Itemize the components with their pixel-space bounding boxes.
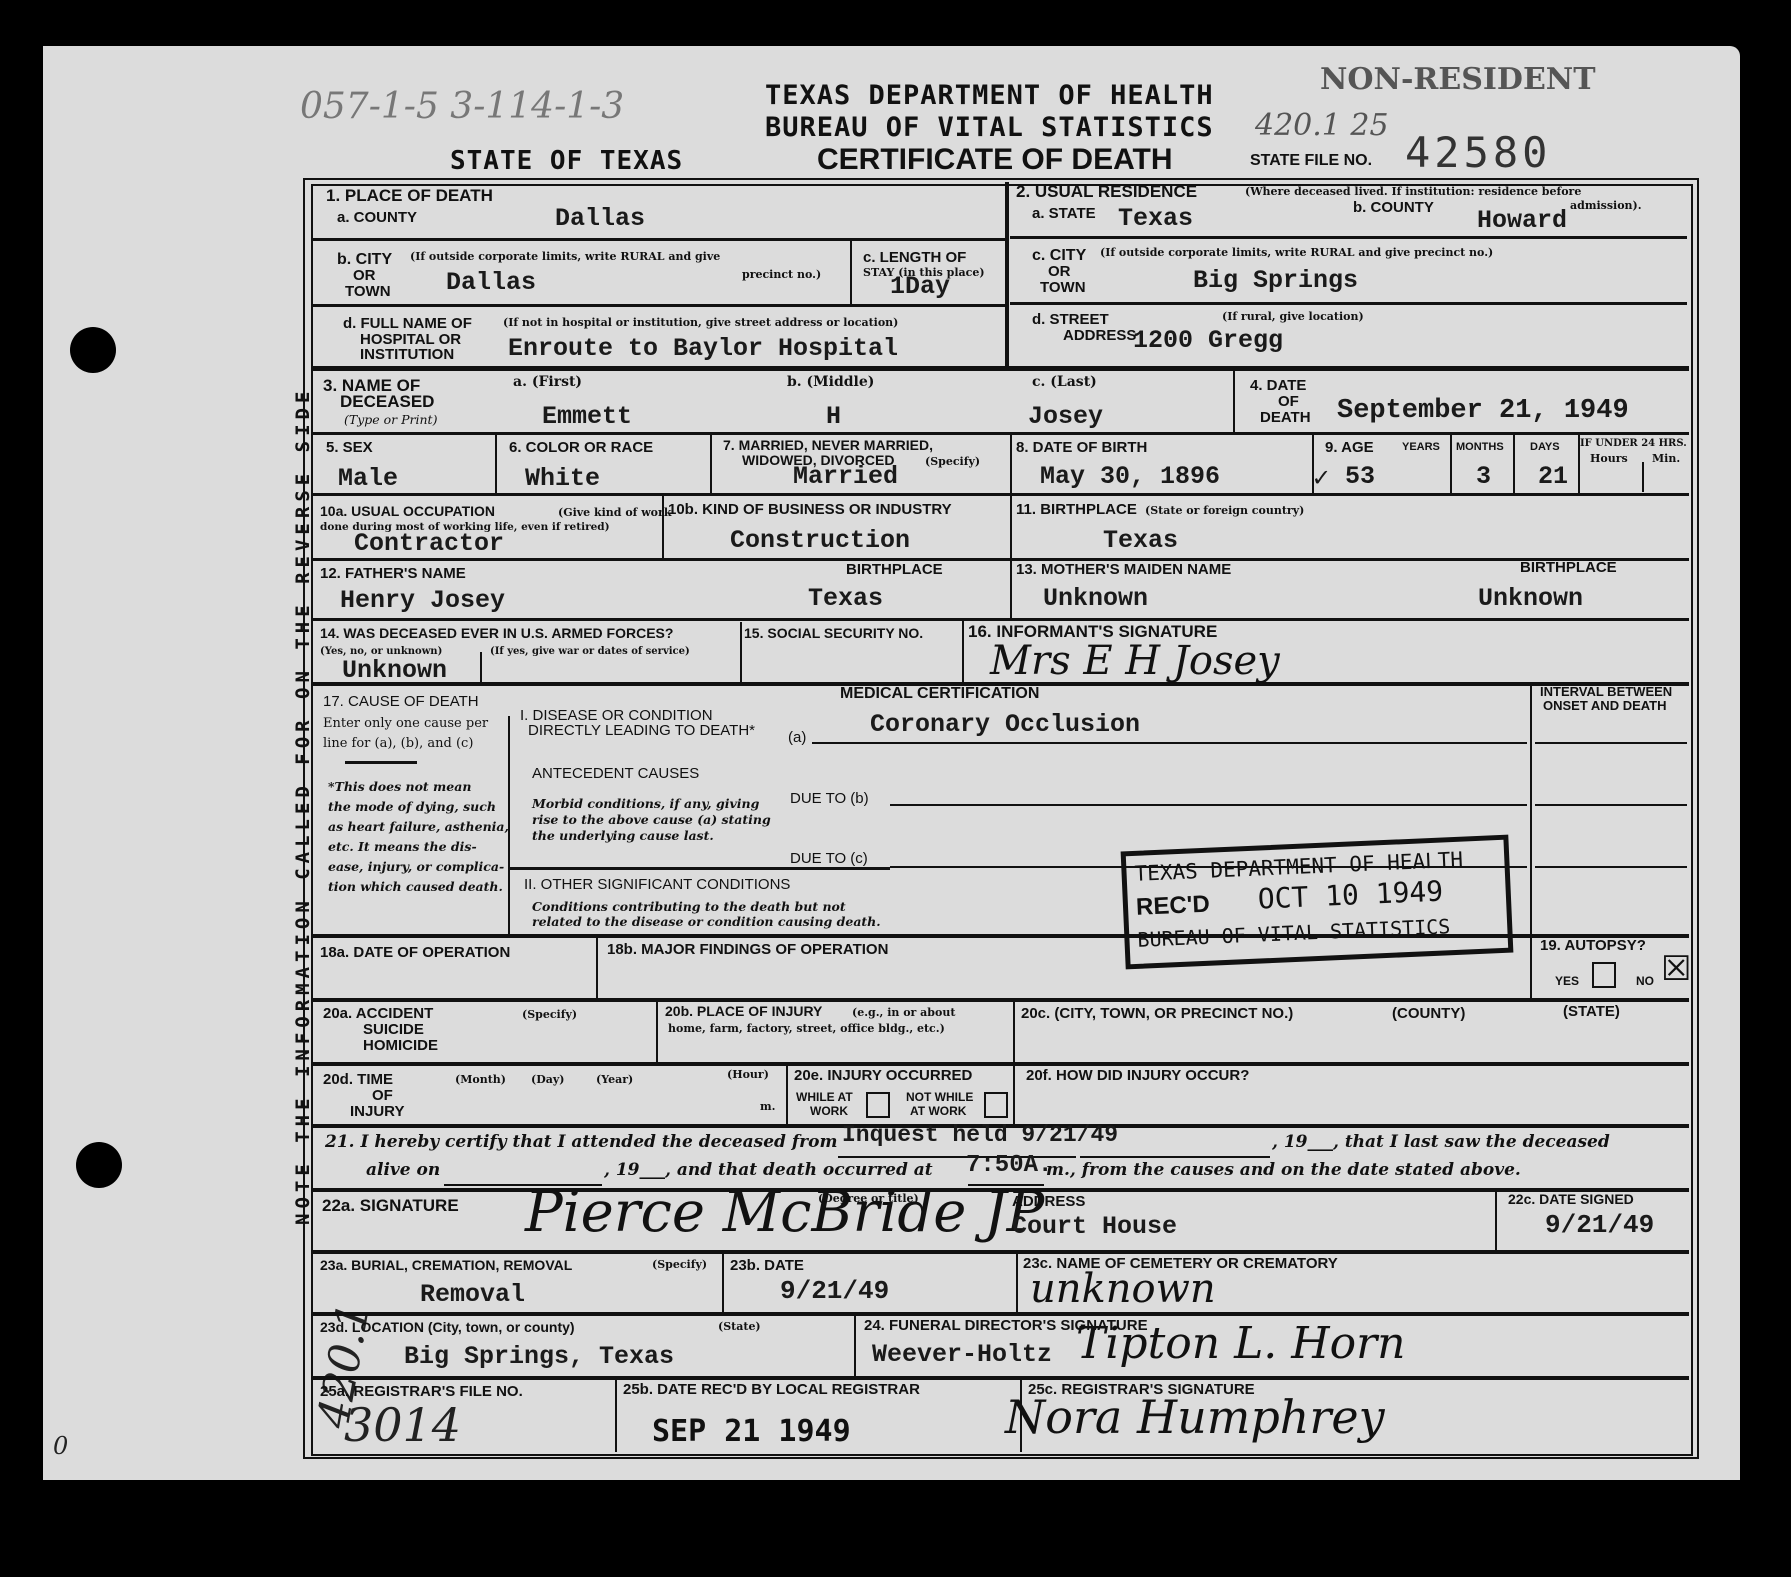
- mother-name-field: Unknown: [1043, 584, 1148, 613]
- state-file-number: 42580: [1405, 128, 1551, 177]
- operation-date-label: 18a. DATE OF OPERATION: [320, 945, 510, 960]
- interval-line-b: [1535, 804, 1687, 806]
- hospital-field: Enroute to Baylor Hospital: [508, 334, 898, 363]
- mother-birthplace-field: Unknown: [1478, 584, 1583, 613]
- death-city-field: Dallas: [446, 268, 536, 297]
- other-conditions-label: II. OTHER SIGNIFICANT CONDITIONS: [524, 877, 790, 892]
- residence-county-field: Howard: [1477, 206, 1567, 235]
- age-days-field: 21: [1538, 462, 1568, 491]
- burial-specify-label: (Specify): [652, 1258, 707, 1271]
- injury-occurred-label: 20e. INJURY OCCURRED: [794, 1068, 972, 1083]
- certify-text-1: 21. I hereby certify that I attended the…: [325, 1134, 837, 1150]
- business-field: Construction: [730, 526, 910, 555]
- residence-town-label: TOWN: [1040, 280, 1086, 295]
- residence-city-field: Big Springs: [1193, 266, 1358, 295]
- interval-line-c: [1535, 866, 1687, 868]
- alive-on-label: alive on: [366, 1162, 440, 1178]
- death-time-field: 7:50A.: [966, 1152, 1052, 1179]
- other-conditions-note: Conditions contributing to the death but…: [532, 899, 881, 929]
- father-name-field: Henry Josey: [340, 586, 505, 615]
- state-file-label: STATE FILE NO.: [1250, 152, 1372, 170]
- age-label: 9. AGE: [1325, 440, 1374, 455]
- residence-heading: 2. USUAL RESIDENCE: [1016, 182, 1197, 202]
- section-divider: [510, 867, 890, 870]
- funeral-director-field: Weever-Holtz: [872, 1340, 1052, 1369]
- burial-date-label: 23b. DATE: [730, 1258, 804, 1273]
- hospital-label-2: HOSPITAL OR: [360, 332, 461, 347]
- homicide-label: HOMICIDE: [363, 1038, 438, 1053]
- injury-county-label: (COUNTY): [1392, 1006, 1465, 1021]
- cause-a-field: Coronary Occlusion: [870, 710, 1140, 739]
- stamp-received-date: OCT 10 1949: [1257, 875, 1444, 916]
- autopsy-yes-label: YES: [1555, 974, 1579, 989]
- interval-line-a: [1535, 742, 1687, 744]
- marital-status-field: Married: [793, 462, 898, 491]
- informant-label: 16. INFORMANT'S SIGNATURE: [968, 624, 1217, 639]
- city-note: (If outside corporate limits, write RURA…: [410, 250, 720, 263]
- name-label: 3. NAME OF: [323, 378, 420, 393]
- injury-day-label: (Day): [531, 1073, 564, 1086]
- state-title: STATE OF TEXAS: [450, 146, 683, 176]
- hospital-note: (If not in hospital or institution, give…: [503, 316, 898, 329]
- injury-place-label: 20b. PLACE OF INJURY: [665, 1004, 822, 1019]
- age-months-field: 3: [1476, 462, 1491, 491]
- due-to-c-label: DUE TO (c): [790, 851, 868, 866]
- city-note-2: precinct no.): [742, 268, 821, 281]
- birthplace-label: 11. BIRTHPLACE: [1016, 502, 1137, 517]
- years-label: YEARS: [1402, 440, 1440, 455]
- occupation-note: (Give kind of work: [558, 506, 671, 519]
- interval-label: INTERVAL BETWEEN: [1540, 684, 1672, 699]
- county-label: a. COUNTY: [337, 210, 417, 225]
- burial-location-field: Big Springs, Texas: [404, 1342, 674, 1371]
- date-of-birth-field: May 30, 1896: [1040, 462, 1220, 491]
- date-of-death-field: September 21, 1949: [1337, 396, 1629, 426]
- disease-label-2: DIRECTLY LEADING TO DEATH*: [528, 723, 755, 738]
- autopsy-label: 19. AUTOPSY?: [1540, 938, 1646, 953]
- local-registrar-date-field: SEP 21 1949: [652, 1414, 851, 1449]
- service-dates-note: (If yes, give war or dates of service): [490, 645, 690, 658]
- registrar-file-field: 3014: [344, 1398, 461, 1452]
- length-of-stay-field: 1Day: [890, 272, 950, 301]
- birthplace-field: Texas: [1103, 526, 1178, 555]
- accident-label: 20a. ACCIDENT: [323, 1006, 433, 1021]
- signature-label: 22a. SIGNATURE: [322, 1198, 459, 1213]
- mother-birthplace-label: BIRTHPLACE: [1520, 560, 1617, 575]
- middle-name-field: H: [826, 402, 841, 431]
- burial-type-label: 23a. BURIAL, CREMATION, REMOVAL: [320, 1258, 572, 1273]
- race-field: White: [525, 464, 600, 493]
- street-label: d. STREET: [1032, 312, 1109, 327]
- cemetery-field: unknown: [1030, 1266, 1216, 1312]
- cause-instruction: Enter only one cause per: [323, 716, 488, 731]
- minutes-label: Min.: [1652, 452, 1680, 465]
- not-while-at-work-label: NOT WHILEAT WORK: [906, 1090, 973, 1118]
- medical-certification-heading: MEDICAL CERTIFICATION: [840, 686, 1039, 701]
- residence-note-2: admission).: [1570, 199, 1642, 212]
- dod-death-label: DEATH: [1260, 410, 1311, 425]
- dod-of-label: OF: [1278, 394, 1299, 409]
- while-at-work-label: WHILE ATWORK: [796, 1090, 853, 1118]
- margin-mark: 0: [53, 1432, 68, 1460]
- residence-county-label: b. COUNTY: [1353, 200, 1434, 215]
- injury-city-label: 20c. (CITY, TOWN, OR PRECINCT NO.): [1021, 1006, 1293, 1021]
- marital-label: 7. MARRIED, NEVER MARRIED,: [723, 438, 933, 453]
- residence-city-note: (If outside corporate limits, write RURA…: [1100, 246, 1493, 259]
- death-county-field: Dallas: [555, 204, 645, 233]
- hospital-label: d. FULL NAME OF: [343, 316, 472, 331]
- street-address-field: 1200 Gregg: [1133, 326, 1283, 355]
- sex-field: Male: [338, 464, 398, 493]
- cause-divider: [345, 761, 417, 764]
- hours-label: Hours: [1590, 452, 1628, 465]
- burial-location-label: 23d. LOCATION (City, town, or county): [320, 1320, 575, 1335]
- business-label: 10b. KIND OF BUSINESS OR INDUSTRY: [668, 502, 952, 517]
- certify-text-2: , 19___, that I last saw the deceased: [1272, 1134, 1610, 1150]
- city-town-label: TOWN: [345, 284, 391, 299]
- punch-hole-top: [70, 327, 116, 373]
- suicide-label: SUICIDE: [363, 1022, 424, 1037]
- physician-signature: Pierce McBride JP: [525, 1180, 1044, 1245]
- degree-label: (Degree or title): [818, 1192, 919, 1205]
- sex-label: 5. SEX: [326, 440, 373, 455]
- deceased-label: DECEASED: [340, 394, 434, 409]
- local-registrar-date-label: 25b. DATE REC'D BY LOCAL REGISTRAR: [623, 1382, 920, 1397]
- physician-address-field: Court House: [1012, 1212, 1177, 1241]
- stamp-received-label: REC'D: [1135, 891, 1210, 922]
- first-name-field: Emmett: [542, 402, 632, 431]
- cause-of-death-label: 17. CAUSE OF DEATH: [323, 694, 479, 709]
- place-of-death-heading: 1. PLACE OF DEATH: [326, 186, 493, 206]
- certify-text-4: m., from the causes and on the date stat…: [1046, 1162, 1521, 1178]
- certify-text-3: , 19___, and that death occurred at: [604, 1162, 933, 1178]
- residence-city-label: c. CITY: [1032, 248, 1086, 263]
- autopsy-no-label: NO: [1636, 974, 1654, 989]
- armed-forces-field: Unknown: [342, 656, 447, 685]
- date-signed-field: 9/21/49: [1545, 1210, 1654, 1240]
- handwritten-reference: 057-1-5 3-114-1-3: [300, 86, 624, 127]
- occupation-field: Contractor: [354, 529, 504, 558]
- injury-specify-label: (Specify): [522, 1008, 577, 1021]
- address-label: ADDRESS: [1012, 1194, 1085, 1209]
- injury-place-note: (e.g., in or about: [852, 1006, 955, 1019]
- autopsy-yes-checkbox[interactable]: [1592, 962, 1616, 988]
- armed-forces-label: 14. WAS DECEASED EVER IN U.S. ARMED FORC…: [320, 626, 673, 641]
- antecedent-causes-label: ANTECEDENT CAUSES: [532, 766, 699, 781]
- registrar-signature: Nora Humphrey: [1005, 1390, 1385, 1444]
- injury-state-label: (STATE): [1563, 1004, 1620, 1019]
- cause-a-line: [812, 742, 1527, 744]
- last-name-label: c. (Last): [1032, 376, 1097, 389]
- disease-label: I. DISEASE OR CONDITION: [520, 708, 713, 723]
- occupation-label: 10a. USUAL OCCUPATION: [320, 504, 495, 519]
- handwritten-file-code: 420.1 25: [1255, 108, 1389, 143]
- father-birthplace-label: BIRTHPLACE: [846, 562, 943, 577]
- street-label-2: ADDRESS: [1063, 328, 1136, 343]
- due-to-b-label: DUE TO (b): [790, 791, 869, 806]
- received-stamp: TEXAS DEPARTMENT OF HEALTH REC'D OCT 10 …: [1121, 835, 1514, 970]
- department-title: TEXAS DEPARTMENT OF HEALTH: [765, 80, 1214, 111]
- cause-footnote: *This does not meanthe mode of dying, su…: [328, 777, 509, 897]
- injury-place-note-2: home, farm, factory, street, office bldg…: [668, 1022, 945, 1035]
- how-injury-occurred-label: 20f. HOW DID INJURY OCCUR?: [1026, 1068, 1249, 1083]
- middle-name-label: b. (Middle): [787, 376, 874, 389]
- type-or-print-label: (Type or Print): [344, 412, 437, 428]
- dod-label: 4. DATE: [1250, 378, 1306, 393]
- birthplace-note: (State or foreign country): [1145, 504, 1304, 517]
- residence-state-label: a. STATE: [1032, 206, 1096, 221]
- funeral-director-signature: Tipton L. Horn: [1076, 1318, 1406, 1369]
- under-24-label: IF UNDER 24 HRS.: [1580, 437, 1687, 450]
- burial-state-label: (State): [718, 1320, 761, 1333]
- hospital-label-3: INSTITUTION: [360, 347, 454, 362]
- interval-label-2: ONSET AND DEATH: [1543, 698, 1667, 713]
- punch-hole-bottom: [76, 1142, 122, 1188]
- father-name-label: 12. FATHER'S NAME: [320, 566, 466, 581]
- time-of-injury-label: 20d. TIME: [323, 1072, 393, 1087]
- autopsy-no-checkbox[interactable]: ☒: [1661, 952, 1691, 986]
- residence-state-field: Texas: [1118, 204, 1193, 233]
- time-of-label: OF: [372, 1088, 393, 1103]
- months-label: MONTHS: [1456, 440, 1504, 455]
- non-resident-stamp: NON-RESIDENT: [1320, 62, 1596, 97]
- ssn-label: 15. SOCIAL SECURITY NO.: [744, 626, 923, 641]
- injury-m-label: m.: [760, 1100, 775, 1113]
- injury-year-label: (Year): [596, 1073, 633, 1086]
- burial-date-field: 9/21/49: [780, 1276, 889, 1306]
- stay-label: c. LENGTH OF: [863, 250, 966, 265]
- due-to-b-line: [890, 804, 1527, 806]
- morbid-note: Morbid conditions, if any, givingrise to…: [532, 796, 771, 844]
- not-while-at-work-checkbox[interactable]: [984, 1092, 1008, 1118]
- city-or-label: OR: [353, 268, 376, 283]
- attended-to-line: [1080, 1156, 1270, 1158]
- operation-findings-label: 18b. MAJOR FINDINGS OF OPERATION: [607, 942, 888, 957]
- cause-instruction-2: line for (a), (b), and (c): [323, 736, 473, 751]
- mother-name-label: 13. MOTHER'S MAIDEN NAME: [1016, 562, 1231, 577]
- injury-month-label: (Month): [455, 1073, 506, 1086]
- stamp-bureau: BUREAU OF VITAL STATISTICS: [1137, 914, 1451, 952]
- bureau-title: BUREAU OF VITAL STATISTICS: [765, 112, 1214, 143]
- dob-label: 8. DATE OF BIRTH: [1016, 440, 1147, 455]
- race-label: 6. COLOR OR RACE: [509, 440, 653, 455]
- date-signed-label: 22c. DATE SIGNED: [1508, 1192, 1634, 1207]
- injury-label: INJURY: [350, 1104, 404, 1119]
- city-label: b. CITY: [337, 252, 392, 267]
- while-at-work-checkbox[interactable]: [866, 1092, 890, 1118]
- street-note: (If rural, give location): [1222, 310, 1364, 323]
- father-birthplace-field: Texas: [808, 584, 883, 613]
- registrar-file-label: 25a. REGISTRAR'S FILE NO.: [320, 1384, 523, 1399]
- first-name-label: a. (First): [513, 376, 582, 389]
- cause-a-marker: (a): [788, 730, 806, 745]
- attended-from-field: Inquest held 9/21/49: [842, 1122, 1118, 1148]
- days-label: DAYS: [1530, 440, 1560, 455]
- certificate-title: CERTIFICATE OF DEATH: [817, 143, 1173, 177]
- age-years-field: 53: [1345, 462, 1375, 491]
- marital-specify-label: (Specify): [925, 455, 980, 468]
- burial-type-field: Removal: [420, 1280, 525, 1309]
- last-name-field: Josey: [1028, 402, 1103, 431]
- residence-note: (Where deceased lived. If institution: r…: [1245, 185, 1581, 198]
- age-checkmark: ✓: [1313, 462, 1329, 495]
- injury-hour-label: (Hour): [727, 1068, 769, 1081]
- residence-or-label: OR: [1048, 264, 1071, 279]
- informant-signature: Mrs E H Josey: [990, 638, 1280, 684]
